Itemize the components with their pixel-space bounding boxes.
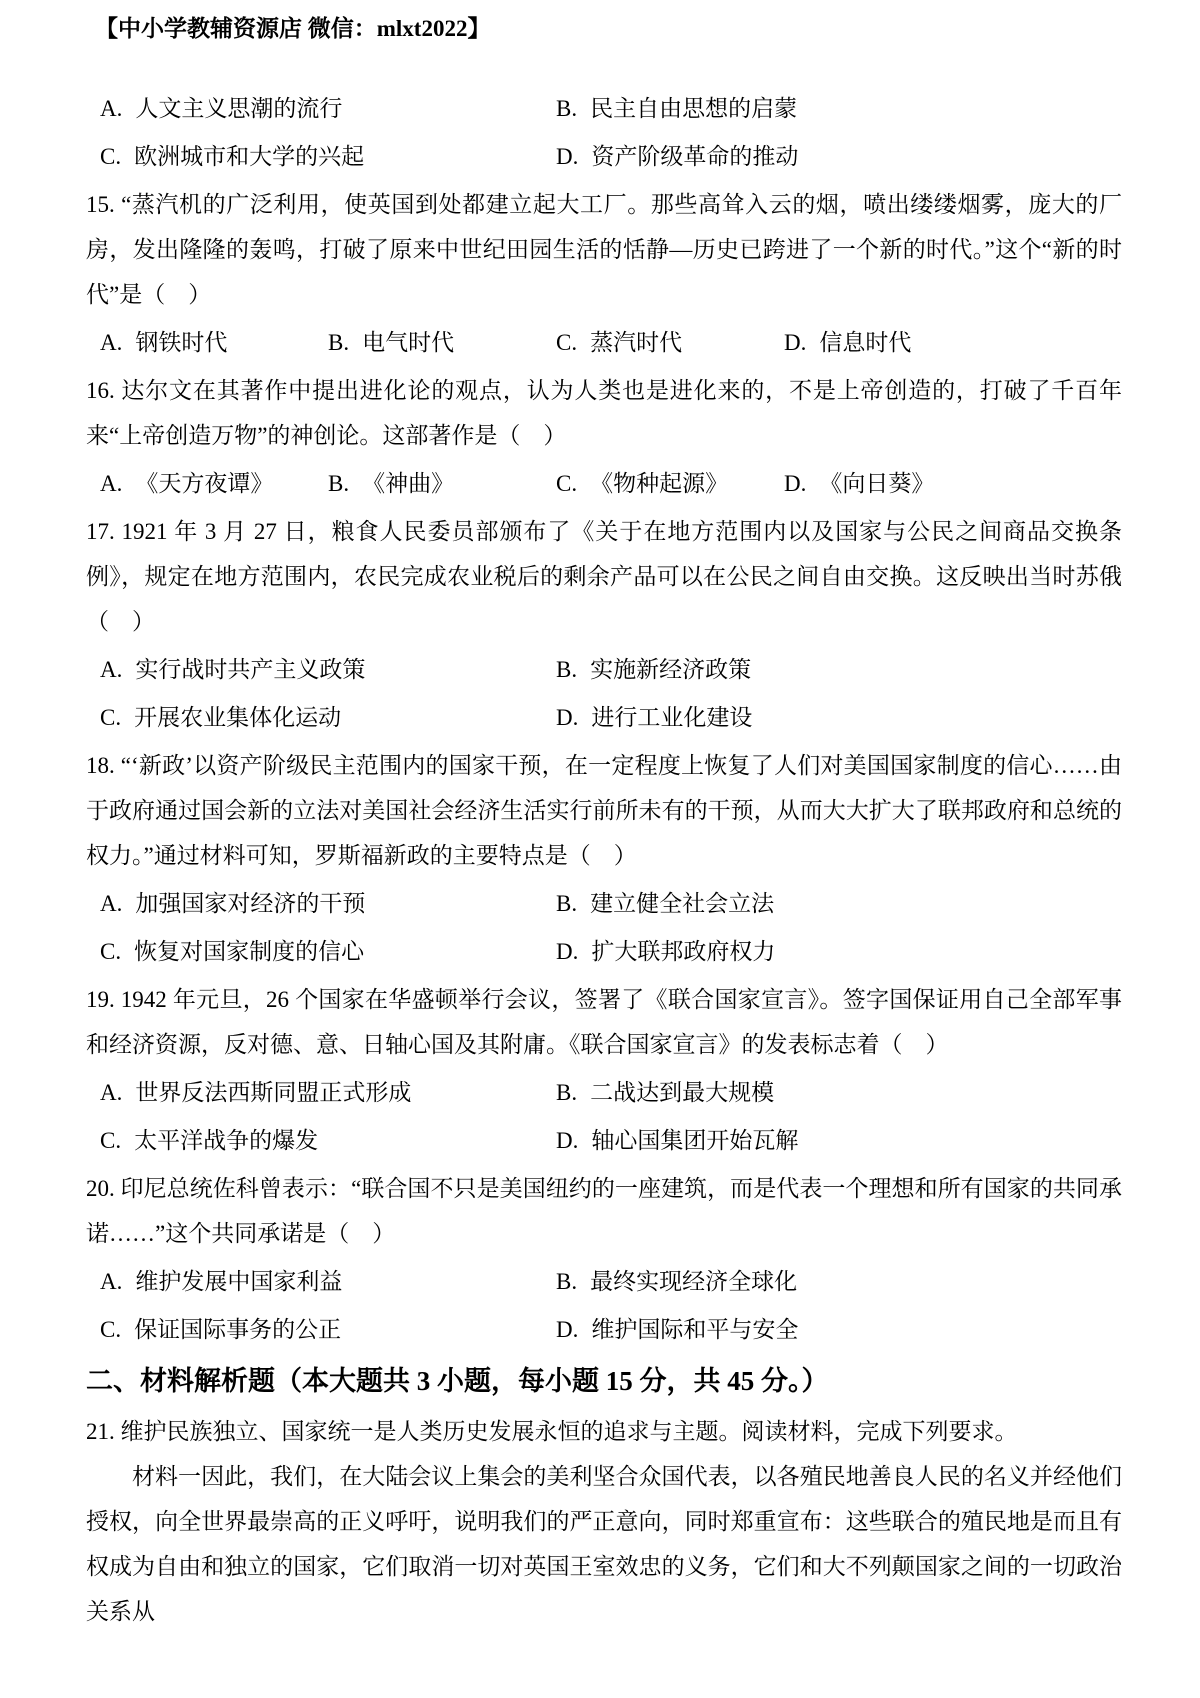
option-text: 民主自由思想的启蒙 <box>590 96 797 121</box>
exam-page: 【中小学教辅资源店 微信：mlxt2022】 A.人文主义思潮的流行 B.民主自… <box>0 0 1200 1698</box>
option-text: 维护国际和平与安全 <box>591 1317 798 1342</box>
option-item: B.建立健全社会立法 <box>556 881 1122 926</box>
exam-content: A.人文主义思潮的流行 B.民主自由思想的启蒙 C.欧洲城市和大学的兴起 D.资… <box>86 86 1122 1634</box>
option-letter: C. <box>100 695 121 740</box>
option-text: 钢铁时代 <box>135 330 227 355</box>
question-17-options-row-2: C.开展农业集体化运动 D.进行工业化建设 <box>86 695 1122 740</box>
question-18-options-row-1: A.加强国家对经济的干预 B.建立健全社会立法 <box>86 881 1122 926</box>
store-watermark: 【中小学教辅资源店 微信：mlxt2022】 <box>95 12 1122 46</box>
question-19-options-row-1: A.世界反法西斯同盟正式形成 B.二战达到最大规模 <box>86 1070 1122 1115</box>
question-16-options-row: A.《天方夜谭》 B.《神曲》 C.《物种起源》 D.《向日葵》 <box>86 461 1122 506</box>
option-text: 蒸汽时代 <box>590 330 682 355</box>
option-item: A.加强国家对经济的干预 <box>100 881 556 926</box>
option-text: 维护发展中国家利益 <box>135 1269 342 1294</box>
option-text: 《天方夜谭》 <box>135 471 273 496</box>
option-text: 轴心国集团开始瓦解 <box>591 1128 798 1153</box>
question-17-options-row-1: A.实行战时共产主义政策 B.实施新经济政策 <box>86 647 1122 692</box>
option-letter: C. <box>556 320 577 365</box>
option-letter: C. <box>100 1118 121 1163</box>
option-letter: D. <box>784 320 806 365</box>
option-text: 人文主义思潮的流行 <box>135 96 342 121</box>
question-19-options-row-2: C.太平洋战争的爆发 D.轴心国集团开始瓦解 <box>86 1118 1122 1163</box>
option-item: D.进行工业化建设 <box>556 695 1122 740</box>
option-letter: A. <box>100 461 122 506</box>
option-text: 最终实现经济全球化 <box>590 1269 797 1294</box>
option-item: C.恢复对国家制度的信心 <box>100 929 556 974</box>
option-letter: B. <box>556 1259 577 1304</box>
option-letter: C. <box>556 461 577 506</box>
option-text: 进行工业化建设 <box>591 705 752 730</box>
question-14-options-row-2: C.欧洲城市和大学的兴起 D.资产阶级革命的推动 <box>86 134 1122 179</box>
option-text: 欧洲城市和大学的兴起 <box>134 144 364 169</box>
option-text: 世界反法西斯同盟正式形成 <box>135 1080 411 1105</box>
question-18-stem: 18. “‘新政’以资产阶级民主范围内的国家干预，在一定程度上恢复了人们对美国国… <box>86 743 1122 878</box>
option-letter: B. <box>556 1070 577 1115</box>
option-letter: B. <box>328 461 349 506</box>
option-text: 加强国家对经济的干预 <box>135 891 365 916</box>
option-letter: A. <box>100 320 122 365</box>
option-item: A.钢铁时代 <box>100 320 328 365</box>
question-16-stem: 16. 达尔文在其著作中提出进化论的观点，认为人类也是进化来的，不是上帝创造的，… <box>86 368 1122 458</box>
option-text: 扩大联邦政府权力 <box>591 939 775 964</box>
question-14-options-row-1: A.人文主义思潮的流行 B.民主自由思想的启蒙 <box>86 86 1122 131</box>
option-letter: D. <box>784 461 806 506</box>
option-text: 开展农业集体化运动 <box>134 705 341 730</box>
option-item: A.维护发展中国家利益 <box>100 1259 556 1304</box>
question-20-options-row-2: C.保证国际事务的公正 D.维护国际和平与安全 <box>86 1307 1122 1352</box>
question-17-stem: 17. 1921 年 3 月 27 日，粮食人民委员部颁布了《关于在地方范围内以… <box>86 509 1122 644</box>
question-20-options-row-1: A.维护发展中国家利益 B.最终实现经济全球化 <box>86 1259 1122 1304</box>
option-text: 太平洋战争的爆发 <box>134 1128 318 1153</box>
option-letter: B. <box>328 320 349 365</box>
option-item: B.最终实现经济全球化 <box>556 1259 1122 1304</box>
option-letter: D. <box>556 134 578 179</box>
option-item: B.实施新经济政策 <box>556 647 1122 692</box>
option-letter: D. <box>556 929 578 974</box>
option-letter: B. <box>556 881 577 926</box>
option-letter: D. <box>556 1118 578 1163</box>
option-item: A.人文主义思潮的流行 <box>100 86 556 131</box>
option-letter: B. <box>556 86 577 131</box>
option-item: B.民主自由思想的启蒙 <box>556 86 1122 131</box>
option-text: 实施新经济政策 <box>590 657 751 682</box>
option-letter: A. <box>100 86 122 131</box>
option-text: 恢复对国家制度的信心 <box>134 939 364 964</box>
option-item: A.世界反法西斯同盟正式形成 <box>100 1070 556 1115</box>
option-letter: D. <box>556 695 578 740</box>
option-item: D.扩大联邦政府权力 <box>556 929 1122 974</box>
option-text: 保证国际事务的公正 <box>134 1317 341 1342</box>
option-text: 《物种起源》 <box>590 471 728 496</box>
option-item: D.信息时代 <box>784 320 1122 365</box>
option-text: 二战达到最大规模 <box>590 1080 774 1105</box>
question-15-stem: 15. “蒸汽机的广泛利用，使英国到处都建立起大工厂。那些高耸入云的烟，喷出缕缕… <box>86 182 1122 317</box>
option-letter: C. <box>100 1307 121 1352</box>
option-item: D.轴心国集团开始瓦解 <box>556 1118 1122 1163</box>
option-letter: A. <box>100 1259 122 1304</box>
option-letter: B. <box>556 647 577 692</box>
option-letter: C. <box>100 134 121 179</box>
section-2-heading: 二、材料解析题（本大题共 3 小题，每小题 15 分，共 45 分。） <box>86 1355 1122 1407</box>
option-item: A.实行战时共产主义政策 <box>100 647 556 692</box>
option-item: C.欧洲城市和大学的兴起 <box>100 134 556 179</box>
question-15-options-row: A.钢铁时代 B.电气时代 C.蒸汽时代 D.信息时代 <box>86 320 1122 365</box>
option-letter: C. <box>100 929 121 974</box>
option-text: 电气时代 <box>362 330 454 355</box>
question-21-stem: 21. 维护民族独立、国家统一是人类历史发展永恒的追求与主题。阅读材料，完成下列… <box>86 1409 1122 1454</box>
option-letter: A. <box>100 647 122 692</box>
option-letter: A. <box>100 1070 122 1115</box>
question-19-stem: 19. 1942 年元旦，26 个国家在华盛顿举行会议，签署了《联合国家宣言》。… <box>86 977 1122 1067</box>
option-item: B.《神曲》 <box>328 461 556 506</box>
option-item: B.电气时代 <box>328 320 556 365</box>
option-letter: A. <box>100 881 122 926</box>
option-item: C.保证国际事务的公正 <box>100 1307 556 1352</box>
option-text: 《向日葵》 <box>819 471 934 496</box>
option-item: D.维护国际和平与安全 <box>556 1307 1122 1352</box>
option-letter: D. <box>556 1307 578 1352</box>
option-item: C.蒸汽时代 <box>556 320 784 365</box>
option-item: C.《物种起源》 <box>556 461 784 506</box>
option-item: D.《向日葵》 <box>784 461 1122 506</box>
question-21-material-1: 材料一因此，我们，在大陆会议上集会的美利坚合众国代表，以各殖民地善良人民的名义并… <box>86 1454 1122 1634</box>
option-item: C.开展农业集体化运动 <box>100 695 556 740</box>
option-text: 实行战时共产主义政策 <box>135 657 365 682</box>
option-item: D.资产阶级革命的推动 <box>556 134 1122 179</box>
option-item: C.太平洋战争的爆发 <box>100 1118 556 1163</box>
question-20-stem: 20. 印尼总统佐科曾表示：“联合国不只是美国纽约的一座建筑，而是代表一个理想和… <box>86 1166 1122 1256</box>
option-text: 信息时代 <box>819 330 911 355</box>
option-text: 建立健全社会立法 <box>590 891 774 916</box>
option-item: A.《天方夜谭》 <box>100 461 328 506</box>
option-item: B.二战达到最大规模 <box>556 1070 1122 1115</box>
question-18-options-row-2: C.恢复对国家制度的信心 D.扩大联邦政府权力 <box>86 929 1122 974</box>
option-text: 资产阶级革命的推动 <box>591 144 798 169</box>
option-text: 《神曲》 <box>362 471 454 496</box>
